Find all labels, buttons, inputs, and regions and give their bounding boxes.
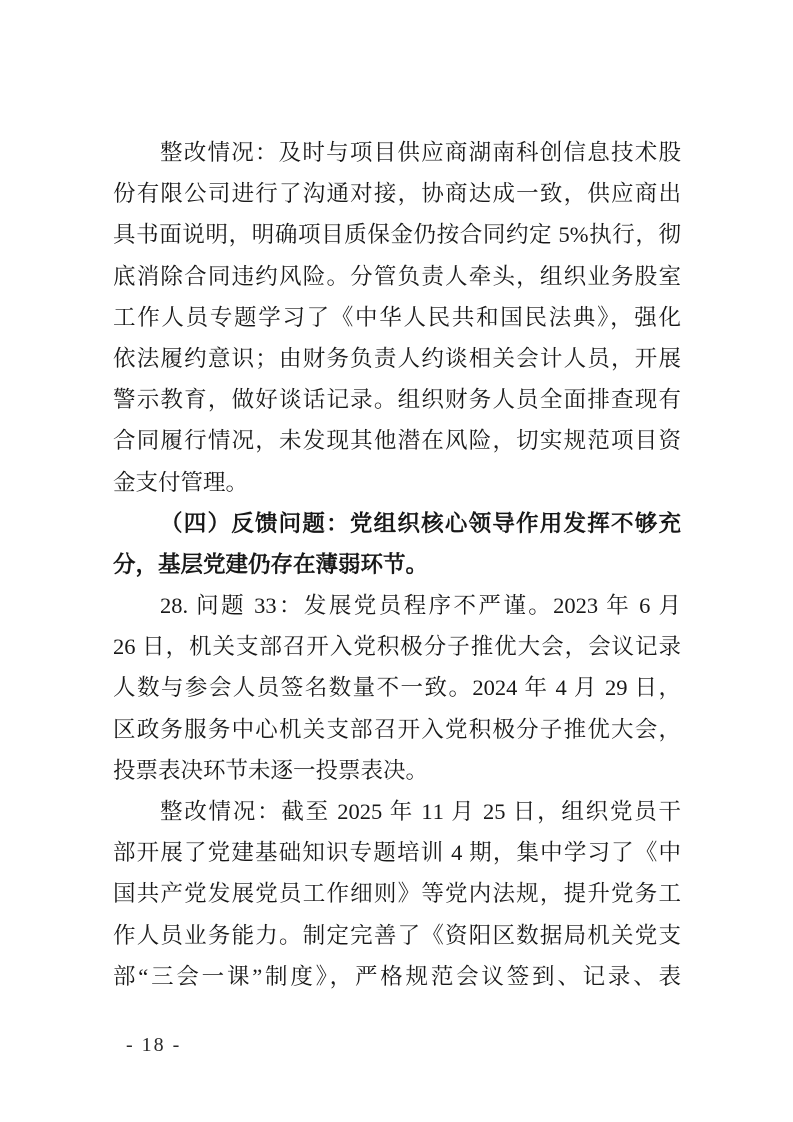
text-line: 国共产党发展党员工作细则》等党内法规，提升党务工 xyxy=(113,873,681,914)
text-line: 整改情况：及时与项目供应商湖南科创信息技术股 xyxy=(113,132,681,173)
text-line: 工作人员专题学习了《中华人民共和国民法典》，强化 xyxy=(113,297,681,338)
text-line: 26 日，机关支部召开入党积极分子推优大会，会议记录 xyxy=(113,626,681,667)
text-line: 作人员业务能力。制定完善了《资阳区数据局机关党支 xyxy=(113,915,681,956)
text-line: 部开展了党建基础知识专题培训 4 期，集中学习了《中 xyxy=(113,832,681,873)
text-line: 具书面说明，明确项目质保金仍按合同约定 5%执行，彻 xyxy=(113,214,681,255)
text-line: 警示教育，做好谈话记录。组织财务人员全面排查现有 xyxy=(113,379,681,420)
text-line: 区政务服务中心机关支部召开入党积极分子推优大会， xyxy=(113,709,681,750)
feedback-issue-heading-line: （四）反馈问题：党组织核心领导作用发挥不够充 xyxy=(113,503,681,544)
feedback-issue-heading-line: 分，基层党建仍存在薄弱环节。 xyxy=(113,544,681,585)
text-line: 整改情况：截至 2025 年 11 月 25 日，组织党员干 xyxy=(113,791,681,832)
text-line: 依法履约意识；由财务负责人约谈相关会计人员，开展 xyxy=(113,338,681,379)
text-line: 份有限公司进行了沟通对接，协商达成一致，供应商出 xyxy=(113,173,681,214)
document-body: 整改情况：及时与项目供应商湖南科创信息技术股 份有限公司进行了沟通对接，协商达成… xyxy=(113,132,681,997)
document-page: 整改情况：及时与项目供应商湖南科创信息技术股 份有限公司进行了沟通对接，协商达成… xyxy=(0,0,793,1122)
text-line: 28. 问题 33：发展党员程序不严谨。2023 年 6 月 xyxy=(113,585,681,626)
text-line: 人数与参会人员签名数量不一致。2024 年 4 月 29 日， xyxy=(113,667,681,708)
text-line: 金支付管理。 xyxy=(113,462,681,503)
text-line: 底消除合同违约风险。分管负责人牵头，组织业务股室 xyxy=(113,256,681,297)
text-line: 投票表决环节未逐一投票表决。 xyxy=(113,750,681,791)
page-number: - 18 - xyxy=(126,1031,181,1059)
text-line: 合同履行情况，未发现其他潜在风险，切实规范项目资 xyxy=(113,420,681,461)
text-line: 部“三会一课”制度》，严格规范会议签到、记录、表 xyxy=(113,956,681,997)
